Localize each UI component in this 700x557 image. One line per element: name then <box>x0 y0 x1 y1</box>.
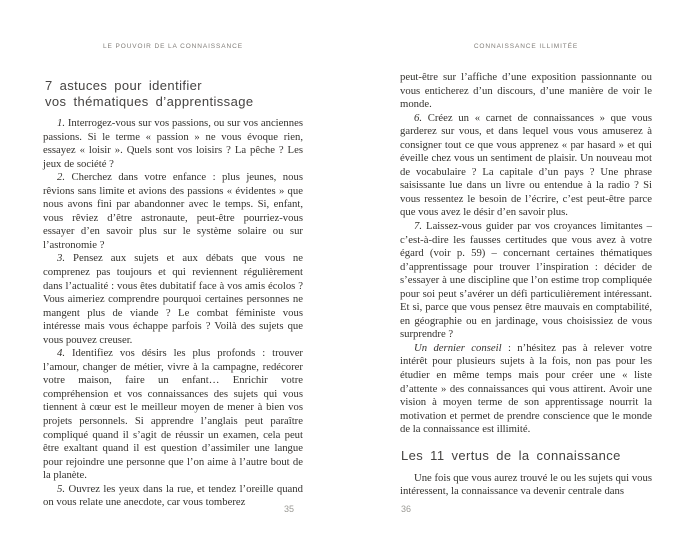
running-head-right: CONNAISSANCE ILLIMITÉE <box>400 43 652 50</box>
chapter-title-line2: vos thématiques d’apprentissage <box>45 94 253 109</box>
book-spread: LE POUVOIR DE LA CONNAISSANCE CONNAISSAN… <box>0 0 700 557</box>
left-column-text: 1. Interrogez-vous sur vos passions, ou … <box>43 117 303 510</box>
section-title: Les 11 vertus de la connaissance <box>401 448 652 464</box>
paragraph: 7. Laissez-vous guider par vos croyances… <box>400 220 652 342</box>
page-number-left: 35 <box>284 504 294 514</box>
paragraph: peut-être sur l’affiche d’une exposition… <box>400 71 652 112</box>
running-head-left: LE POUVOIR DE LA CONNAISSANCE <box>43 43 303 50</box>
paragraph: 3. Pensez aux sujets et aux débats que v… <box>43 252 303 347</box>
paragraph: 1. Interrogez-vous sur vos passions, ou … <box>43 117 303 171</box>
right-column-text: peut-être sur l’affiche d’une exposition… <box>400 71 652 499</box>
paragraph: Un dernier conseil : n’hésitez pas à rel… <box>400 342 652 437</box>
right-column-continuation: Une fois que vous aurez trouvé le ou les… <box>400 472 652 499</box>
paragraph: 2. Cherchez dans votre enfance : plus je… <box>43 171 303 252</box>
paragraph: 4. Identifiez vos désirs les plus profon… <box>43 347 303 482</box>
right-column-intro: peut-être sur l’affiche d’une exposition… <box>400 71 652 437</box>
chapter-title: 7 astuces pour identifiervos thématiques… <box>45 78 253 109</box>
chapter-title-line1: 7 astuces pour identifier <box>45 78 202 93</box>
paragraph: 6. Créez un « carnet de connaissances » … <box>400 112 652 220</box>
page-number-right: 36 <box>401 504 411 514</box>
paragraph: 5. Ouvrez les yeux dans la rue, et tende… <box>43 483 303 510</box>
paragraph: Une fois que vous aurez trouvé le ou les… <box>400 472 652 499</box>
